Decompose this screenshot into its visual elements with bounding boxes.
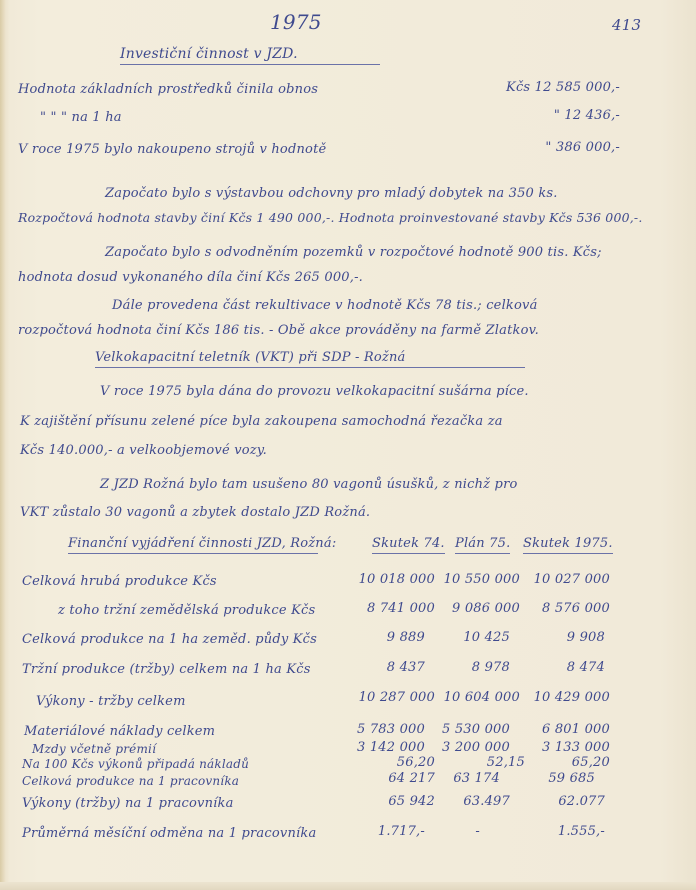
finance-cell: 62.077	[525, 794, 605, 809]
finance-row-label: Průměrná měsíční odměna na 1 pracovníka	[22, 826, 316, 841]
finance-cell: 10 027 000	[525, 572, 610, 587]
finance-cell: 10 550 000	[440, 572, 520, 587]
vkt-title: Velkokapacitní teletník (VKT) při SDP - …	[95, 350, 525, 368]
investment-line-label: " " " na 1 ha	[40, 110, 122, 125]
finance-cell: 63.497	[440, 794, 510, 809]
finance-column-header: Skutek 1975.	[523, 536, 613, 554]
finance-cell: 8 474	[525, 660, 605, 675]
finance-cell: 3 133 000	[525, 740, 610, 755]
finance-row-label: Tržní produkce (tržby) celkem na 1 ha Kč…	[22, 662, 311, 677]
finance-cell: 10 425	[440, 630, 510, 645]
finance-row-label: Mzdy včetně prémií	[32, 742, 156, 756]
investment-title: Investiční činnost v JZD.	[120, 46, 380, 65]
finance-cell: 10 429 000	[525, 690, 610, 705]
paragraph-line: Dále provedena část rekultivace v hodnot…	[112, 298, 538, 313]
finance-cell: 10 018 000	[350, 572, 435, 587]
paragraph-line: Započato bylo s odvodněním pozemků v roz…	[105, 245, 602, 260]
finance-cell: 5 530 000	[440, 722, 510, 737]
finance-row-label: Celková hrubá produkce Kčs	[22, 574, 217, 589]
finance-cell: 9 889	[350, 630, 425, 645]
investment-line-value: " 386 000,-	[470, 140, 620, 155]
finance-cell: 8 978	[440, 660, 510, 675]
paragraph-line: hodnota dosud vykonaného díla činí Kčs 2…	[18, 270, 363, 285]
finance-row-label: Celková produkce na 1 ha zeměd. půdy Kčs	[22, 632, 317, 647]
paragraph-line: Kčs 140.000,- a velkoobjemové vozy.	[20, 443, 267, 458]
finance-cell: 10 287 000	[350, 690, 435, 705]
finance-column-header: Skutek 74.	[372, 536, 445, 554]
finance-cell: 9 086 000	[440, 601, 520, 616]
year-heading: 1975	[270, 10, 322, 34]
finance-title: Finanční vyjádření činnosti JZD, Rožná:	[68, 536, 318, 554]
page-binding-edge	[0, 0, 6, 890]
finance-cell: 8 576 000	[525, 601, 610, 616]
investment-line-label: Hodnota základních prostředků činila obn…	[18, 82, 318, 97]
finance-cell: 1.717,-	[350, 824, 425, 839]
finance-cell: -	[440, 824, 480, 839]
finance-cell: 1.555,-	[525, 824, 605, 839]
finance-cell: 59 685	[525, 771, 595, 786]
finance-column-header: Plán 75.	[455, 536, 510, 554]
finance-row-label: Na 100 Kčs výkonů připadá nákladů	[22, 757, 249, 771]
finance-cell: 65,20	[525, 755, 610, 770]
paragraph-line: VKT zůstalo 30 vagonů a zbytek dostalo J…	[20, 505, 370, 520]
paragraph-line: Započato bylo s výstavbou odchovny pro m…	[105, 186, 558, 201]
finance-row-label: Materiálové náklady celkem	[24, 724, 215, 739]
finance-cell: 10 604 000	[440, 690, 520, 705]
finance-cell: 3 200 000	[440, 740, 510, 755]
page-bottom-edge	[0, 882, 696, 890]
investment-line-value: Kčs 12 585 000,-	[470, 80, 620, 95]
finance-row-label: Výkony - tržby celkem	[36, 694, 186, 709]
page-number: 413	[612, 16, 641, 34]
finance-row-label: z toho tržní zemědělská produkce Kčs	[58, 603, 315, 618]
finance-cell: 64 217	[350, 771, 435, 786]
finance-cell: 3 142 000	[350, 740, 425, 755]
finance-cell: 65 942	[350, 794, 435, 809]
finance-cell: 56,20	[350, 755, 435, 770]
investment-line-value: " 12 436,-	[470, 108, 620, 123]
paragraph-line: Z JZD Rožná bylo tam usušeno 80 vagonů ú…	[100, 477, 518, 492]
finance-row-label: Výkony (tržby) na 1 pracovníka	[22, 796, 234, 811]
paragraph-line: rozpočtová hodnota činí Kčs 186 tis. - O…	[18, 323, 539, 338]
paragraph-line: Rozpočtová hodnota stavby činí Kčs 1 490…	[18, 210, 643, 225]
paragraph-line: K zajištění přísunu zelené píce byla zak…	[20, 414, 503, 429]
finance-cell: 6 801 000	[525, 722, 610, 737]
finance-cell: 9 908	[525, 630, 605, 645]
investment-line-label: V roce 1975 bylo nakoupeno strojů v hodn…	[18, 142, 326, 157]
chronicle-page: 1975 413 Investiční činnost v JZD. Hodno…	[0, 0, 696, 890]
paragraph-line: V roce 1975 byla dána do provozu velkoka…	[100, 384, 529, 399]
finance-cell: 8 741 000	[350, 601, 435, 616]
finance-cell: 63 174	[440, 771, 500, 786]
finance-cell: 5 783 000	[350, 722, 425, 737]
finance-cell: 52,15	[440, 755, 525, 770]
finance-cell: 8 437	[350, 660, 425, 675]
finance-row-label: Celková produkce na 1 pracovníka	[22, 774, 239, 788]
